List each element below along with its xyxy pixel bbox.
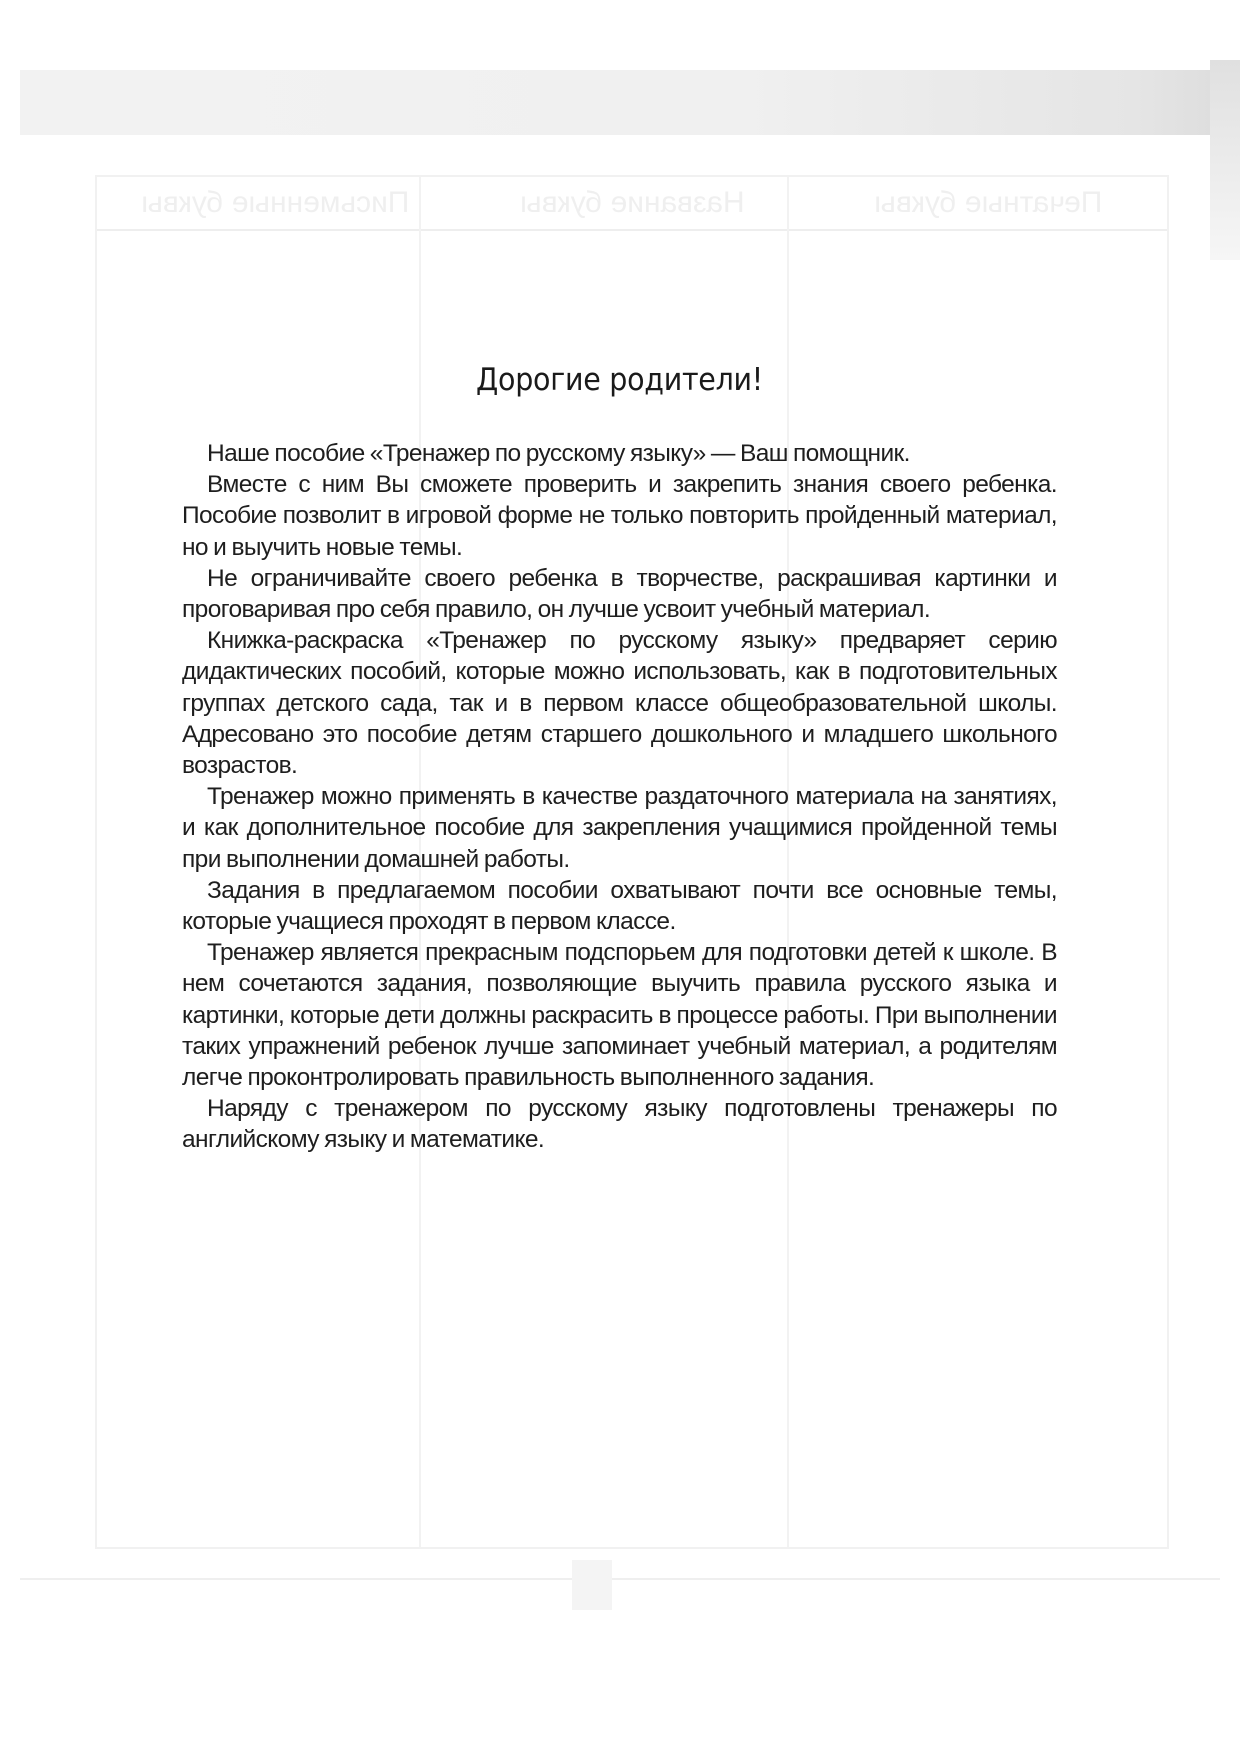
paragraph: Книжка-раскраска «Тренажер по русскому я… (182, 625, 1057, 781)
paragraph: Вместе с ним Вы сможете проверить и закр… (182, 469, 1057, 563)
paragraph: Задания в предлагаемом пособии охватываю… (182, 875, 1057, 937)
paragraph: Наряду с тренажером по русскому языку по… (182, 1093, 1057, 1155)
show-through-header-cell: Название буквы (454, 177, 811, 229)
show-through-table-header: Письменные буквы Название буквы Печатные… (97, 177, 1167, 231)
paragraph: Тренажер можно применять в качестве разд… (182, 781, 1057, 875)
paragraph: Не ограничивайте своего ребенка в творче… (182, 563, 1057, 625)
scan-edge-shadow (1210, 60, 1240, 260)
show-through-header-cell: Печатные буквы (810, 177, 1167, 229)
scan-shadow-band (20, 70, 1235, 135)
document-body: Дорогие родители! Наше пособие «Тренажер… (182, 362, 1057, 1156)
show-through-header-cell: Письменные буквы (97, 177, 454, 229)
show-through-rule (20, 1578, 1220, 1580)
paragraph: Тренажер является прекрасным подспорьем … (182, 937, 1057, 1093)
show-through-page-number (572, 1560, 612, 1610)
paragraph: Наше пособие «Тренажер по русскому языку… (182, 438, 1057, 469)
page-title: Дорогие родители! (217, 362, 1022, 398)
